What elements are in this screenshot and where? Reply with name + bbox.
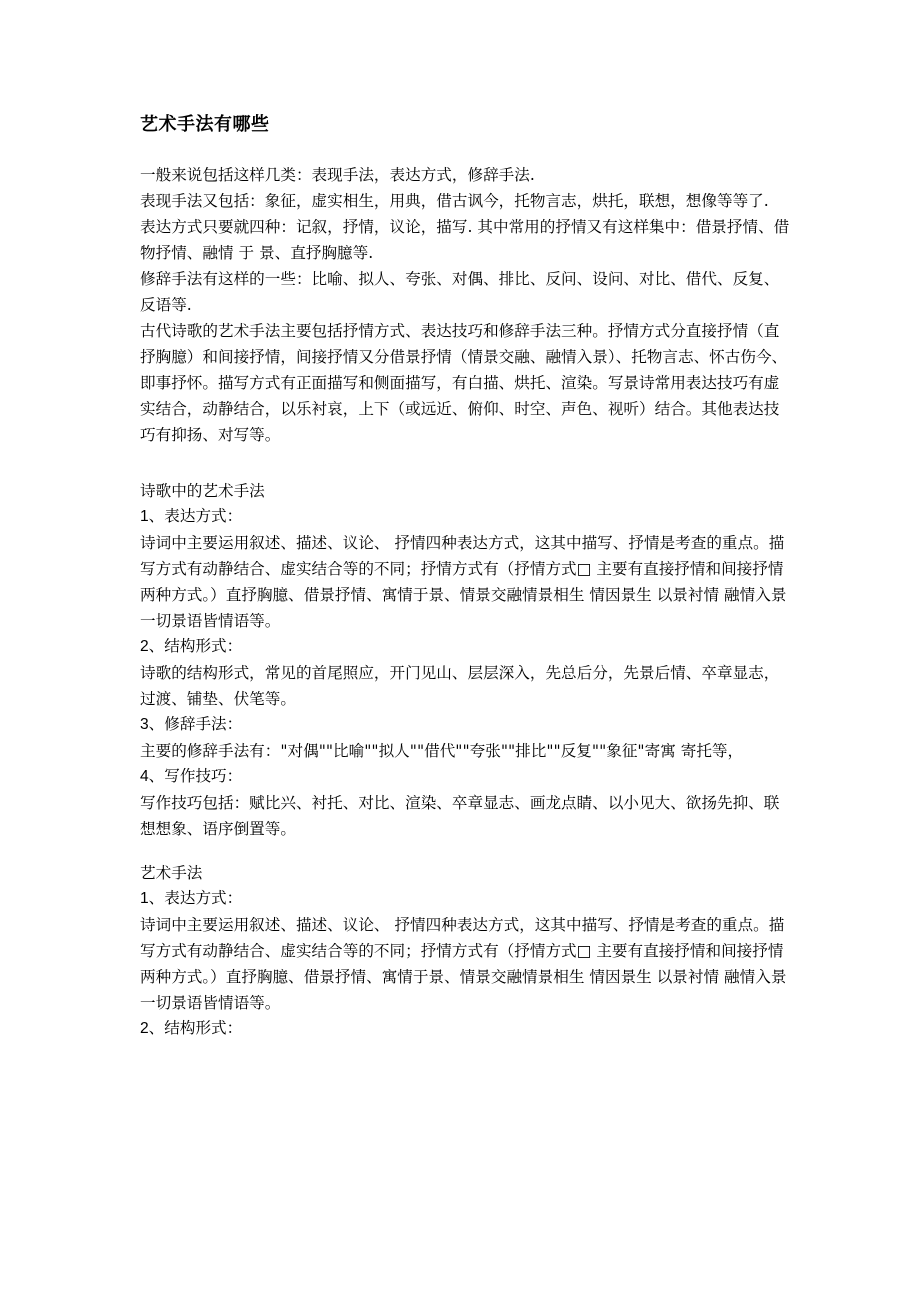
section-spacer [140,448,790,478]
item-label-writing-skills: 4、写作技巧： [140,764,790,790]
intro-paragraph-ancient-poetry: 古代诗歌的艺术手法主要包括抒情方式、表达技巧和修辞手法三种。抒情方式分直接抒情（… [140,318,790,448]
item-text-expression: 诗词中主要运用叙述、描述、议论、 抒情四种表达方式，这其中描写、抒情是考查的重点… [140,912,790,1016]
intro-paragraph-expression-modes: 表达方式只要就四种：记叙，抒情，议论，描写. 其中常用的抒情又有这样集中：借景抒… [140,214,790,266]
art-techniques-section: 艺术手法 1、表达方式： 诗词中主要运用叙述、描述、议论、 抒情四种表达方式，这… [140,860,790,1042]
intro-section: 一般来说包括这样几类：表现手法，表达方式，修辞手法. 表现手法又包括：象征，虚实… [140,162,790,448]
item-text-rhetoric: 主要的修辞手法有："对偶""比喻""拟人""借代""夸张""排比""反复""象征… [140,738,790,764]
document-title: 艺术手法有哪些 [140,112,790,138]
item-label-expression: 1、表达方式： [140,504,790,530]
section-heading-art: 艺术手法 [140,860,790,886]
poetry-techniques-section: 诗歌中的艺术手法 1、表达方式： 诗词中主要运用叙述、描述、议论、 抒情四种表达… [140,478,790,842]
item-label-expression: 1、表达方式： [140,886,790,912]
item-text-structure: 诗歌的结构形式，常见的首尾照应，开门见山、层层深入，先总后分，先景后情、卒章显志… [140,660,790,712]
section-heading-poetry: 诗歌中的艺术手法 [140,478,790,504]
item-label-structure: 2、结构形式： [140,634,790,660]
item-text-writing-skills: 写作技巧包括：赋比兴、衬托、对比、渲染、卒章显志、画龙点睛、以小见大、欲扬先抑、… [140,790,790,842]
item-text-expression: 诗词中主要运用叙述、描述、议论、 抒情四种表达方式，这其中描写、抒情是考查的重点… [140,530,790,634]
section-spacer [140,842,790,860]
item-label-structure: 2、结构形式： [140,1016,790,1042]
intro-paragraph-expression-techniques: 表现手法又包括：象征，虚实相生，用典，借古讽今，托物言志，烘托，联想，想像等等了… [140,188,790,214]
intro-paragraph-categories: 一般来说包括这样几类：表现手法，表达方式，修辞手法. [140,162,790,188]
intro-paragraph-rhetoric: 修辞手法有这样的一些：比喻、拟人、夸张、对偶、排比、反问、设问、对比、借代、反复… [140,266,790,318]
item-label-rhetoric: 3、修辞手法： [140,712,790,738]
document-page: 艺术手法有哪些 一般来说包括这样几类：表现手法，表达方式，修辞手法. 表现手法又… [140,112,790,1042]
